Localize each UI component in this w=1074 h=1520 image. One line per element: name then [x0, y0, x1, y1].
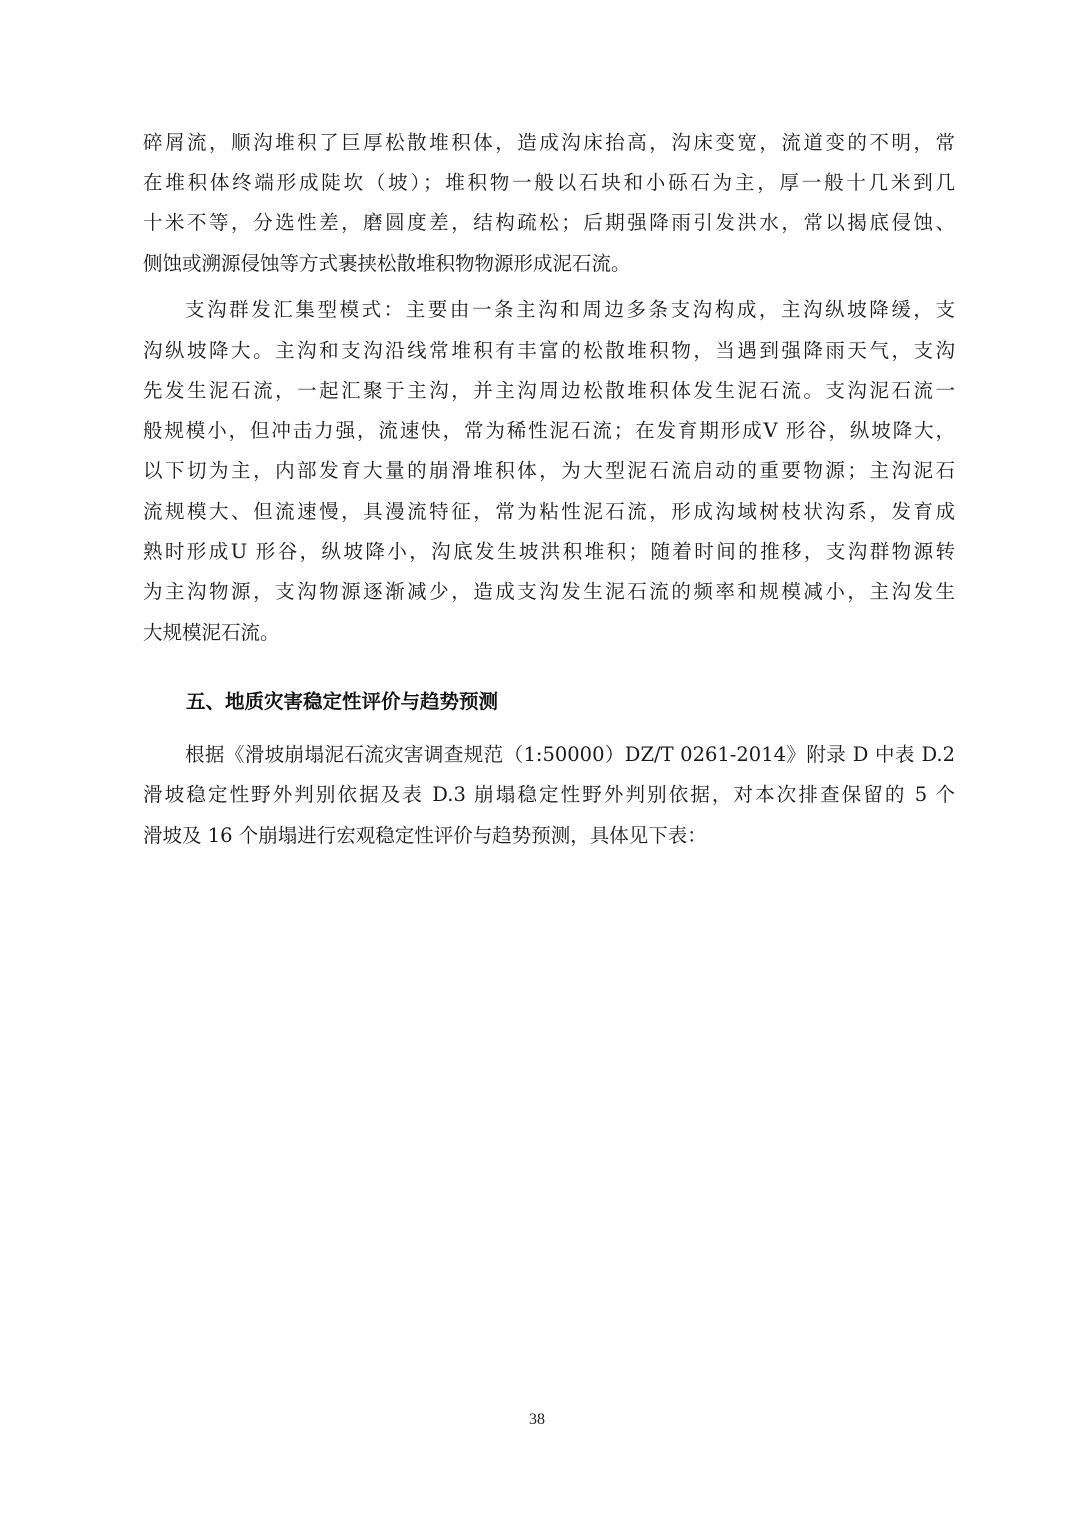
- text-line: 般规模小，但冲击力强，流速快，常为稀性泥石流；在发育期形成V 形谷，纵坡降大，: [143, 416, 955, 446]
- document-page: 碎屑流，顺沟堆积了巨厚松散堆积体，造成沟床抬高，沟床变宽，流道变的不明，常 在堆…: [0, 0, 1074, 1520]
- text-line: 沟纵坡降大。主沟和支沟沿线常堆积有丰富的松散堆积物，当遇到强降雨天气，支沟: [143, 336, 955, 366]
- section-heading: 五、地质灾害稳定性评价与趋势预测: [186, 687, 498, 717]
- text-line: 大规模泥石流。: [143, 618, 955, 648]
- text-line: 十米不等，分选性差，磨圆度差，结构疏松；后期强降雨引发洪水，常以揭底侵蚀、: [143, 208, 955, 238]
- text-line: 滑坡及 16 个崩塌进行宏观稳定性评价与趋势预测，具体见下表：: [143, 821, 955, 851]
- text-line: 在堆积体终端形成陡坎（坡）；堆积物一般以石块和小砾石为主，厚一般十几米到几: [143, 168, 955, 198]
- text-line: 以下切为主，内部发育大量的崩滑堆积体，为大型泥石流启动的重要物源；主沟泥石: [143, 456, 955, 486]
- page-number: 38: [0, 1409, 1074, 1431]
- text-line: 先发生泥石流，一起汇聚于主沟，并主沟周边松散堆积体发生泥石流。支沟泥石流一: [143, 376, 955, 406]
- text-line: 滑坡稳定性野外判别依据及表 D.3 崩塌稳定性野外判别依据，对本次排查保留的 5…: [143, 780, 955, 810]
- text-line: 侧蚀或溯源侵蚀等方式裹挟松散堆积物物源形成泥石流。: [143, 249, 955, 279]
- text-line: 根据《滑坡崩塌泥石流灾害调查规范（1:50000）DZ/T 0261-2014》…: [185, 740, 955, 770]
- text-line: 支沟群发汇集型模式：主要由一条主沟和周边多条支沟构成，主沟纵坡降缓，支: [185, 295, 955, 325]
- text-line: 流规模大、但流速慢，具漫流特征，常为粘性泥石流，形成沟域树枝状沟系，发育成: [143, 497, 955, 527]
- text-line: 为主沟物源，支沟物源逐渐减少，造成支沟发生泥石流的频率和规模减小，主沟发生: [143, 577, 955, 607]
- text-line: 熟时形成U 形谷，纵坡降小，沟底发生坡洪积堆积；随着时间的推移，支沟群物源转: [143, 537, 955, 567]
- text-line: 碎屑流，顺沟堆积了巨厚松散堆积体，造成沟床抬高，沟床变宽，流道变的不明，常: [143, 128, 955, 158]
